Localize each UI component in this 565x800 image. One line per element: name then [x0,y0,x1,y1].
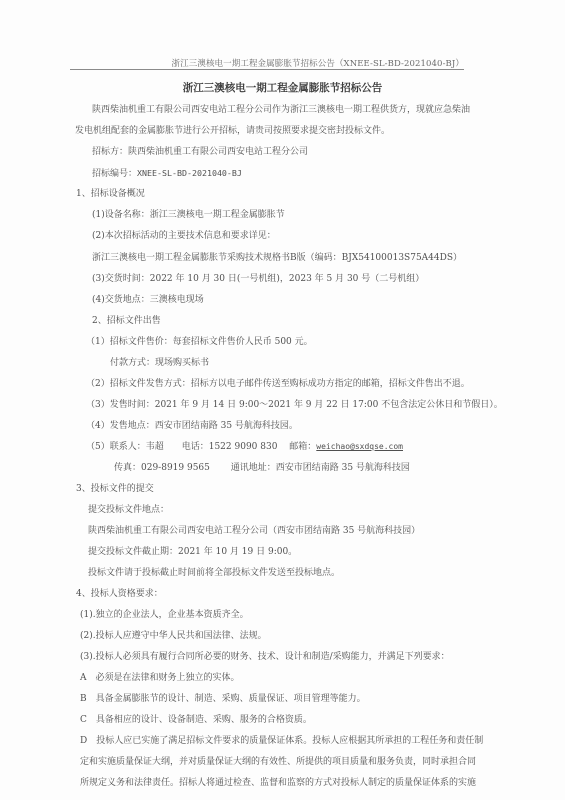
section-1-item-4: (4)交货地点：三澳核电现场 [92,294,204,306]
section-4-item-3: (3).投标人必须具有履行合同所必要的财务、技术、设计和制造/采购能力，并满足下… [80,651,450,663]
section-4-heading: 4、投标人资格要求： [76,588,163,600]
section-3-heading: 3、投标文件的提交 [76,483,154,495]
document-title: 浙江三澳核电一期工程金属膨胀节招标公告 [0,80,565,95]
running-header: 浙江三澳核电一期工程金属膨胀节招标公告（XNEE-SL-BD-2021040-B… [70,57,464,69]
section-3-note: 投标文件请于投标截止时间前将全部投标文件发送至投标地点。 [88,567,340,579]
section-3-deadline: 提交投标文件截止期：2021 年 10 月 19 日 9:00。 [88,546,297,558]
section-1-heading: 1、招标设备概况 [76,188,145,200]
section-2-item-4: （4）发售地点：西安市团结南路 35 号航海科技园。 [86,420,298,432]
contact-email-link[interactable]: weichao@sxdqse.com [316,442,403,451]
tenderer-line: 招标方：陕西柴油机重工有限公司西安电站工程分公司 [92,146,308,158]
section-4-item-2: (2).投标人应遵守中华人民共和国法律、法规。 [80,630,267,642]
section-2-contact: （5）联系人：韦超 电话：1522 9090 830 邮箱：weichao@sx… [86,441,403,453]
tender-number-label: 招标编号： [92,169,137,179]
section-3-place-label: 提交投标文件地点： [88,504,169,516]
section-4-item-1: (1).独立的企业法人，企业基本资质齐全。 [80,609,249,621]
section-4-sub-d-line-3: 所规定义务和法律责任。招标人将通过检查、监督和监察的方式对投标人制定的质量保证体… [80,777,476,789]
intro-line-1: 陕西柴油机重工有限公司西安电站工程分公司作为浙江三澳核电一期工程供货方，现就应急… [92,104,470,116]
section-1-item-1: (1)设备名称：浙江三澳核电一期工程金属膨胀节 [92,209,285,221]
tender-number-value: XNEE-SL-BD-2021040-BJ [137,168,242,178]
section-2-item-3: （3）发售时间：2021 年 9 月 14 日 9:00～2021 年 9 月 … [86,399,503,411]
section-1-item-3: (3)交货时间：2022 年 10 月 30 日(一号机组)，2023 年 5 … [92,273,424,285]
intro-line-2: 发电机组配套的金属膨胀节进行公开招标，请贵司按照要求提交密封投标文件。 [75,125,390,137]
section-2-fax-address: 传真：029-8919 9565 通讯地址：西安市团结南路 35 号航海科技园 [114,462,410,474]
tenderer-value: 陕西柴油机重工有限公司西安电站工程分公司 [128,147,308,157]
section-4-sub-b: B 具备金属膨胀节的设计、制造、采购、质量保证、项目管理等能力。 [80,693,366,705]
section-4-sub-c: C 具备相应的设计、设备制造、采购、服务的合格资质。 [80,714,312,726]
section-4-sub-d-line-1: D 投标人应已实施了满足招标文件要求的质量保证体系。投标人应根据其所承担的工程任… [80,735,483,747]
tender-number-line: 招标编号：XNEE-SL-BD-2021040-BJ [92,167,242,180]
section-1-spec: 浙江三澳核电一期工程金属膨胀节采购技术规格书B版（编码：BJX54100013S… [92,252,462,264]
contact-details: （5）联系人：韦超 电话：1522 9090 830 邮箱： [86,442,316,452]
header-rule [70,69,464,70]
section-2-item-1: （1）招标文件售价：每套招标文件售价人民币 500 元。 [86,336,313,348]
section-2-heading: 2、招标文件出售 [92,315,161,327]
section-3-place-value: 陕西柴油机重工有限公司西安电站工程分公司（西安市团结南路 35 号航海科技园） [88,525,420,537]
document-page: 浙江三澳核电一期工程金属膨胀节招标公告（XNEE-SL-BD-2021040-B… [0,0,565,800]
section-1-item-2: (2)本次招标活动的主要技术信息和要求详见： [92,230,276,242]
section-2-payment: 付款方式：现场购买标书 [110,357,209,369]
section-2-item-2: （2）招标文件发售方式：招标方以电子邮件传送至购标成功方指定的邮箱，招标文件售出… [86,378,470,390]
tenderer-label: 招标方： [92,147,128,157]
section-4-sub-d-line-2: 定和实施质量保证大纲，并对质量保证大纲的有效性、所提供的项目质量和服务负责，同时… [80,756,476,768]
section-4-sub-a: A 必须是在法律和财务上独立的实体。 [80,672,240,684]
